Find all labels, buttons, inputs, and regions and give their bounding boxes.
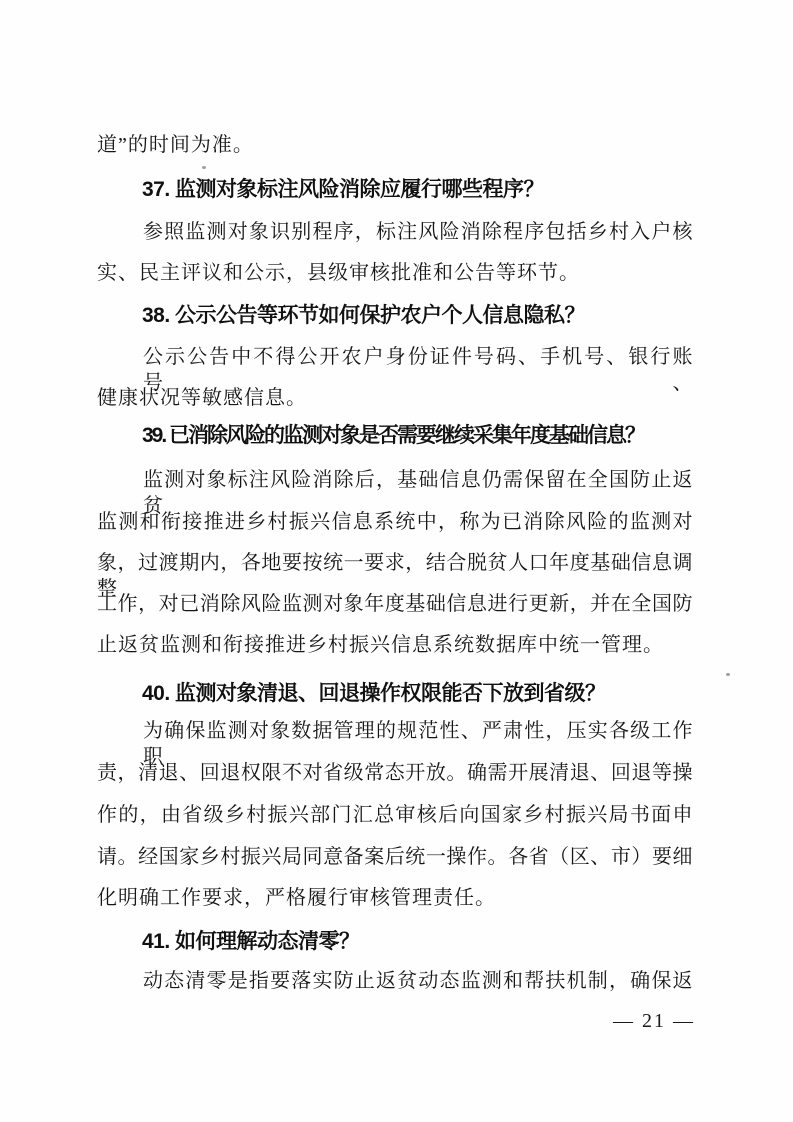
carryover-paragraph-line: 道”的时间为准。 xyxy=(97,132,693,158)
question-40-answer-line: 作的，由省级乡村振兴部门汇总审核后向国家乡村振兴局书面申 xyxy=(97,802,693,828)
question-40-heading: 40. 监测对象清退、回退操作权限能否下放到省级？ xyxy=(142,681,702,706)
page-number: — 21 — xyxy=(613,1010,695,1033)
question-37-answer-line: 参照监测对象识别程序，标注风险消除程序包括乡村入户核 xyxy=(97,219,693,245)
question-39-answer-line: 工作，对已消除风险监测对象年度基础信息进行更新，并在全国防 xyxy=(97,591,693,617)
question-39-answer-line: 止返贫监测和衔接推进乡村振兴信息系统数据库中统一管理。 xyxy=(97,632,693,658)
question-41-answer-line: 动态清零是指要落实防止返贫动态监测和帮扶机制，确保返 xyxy=(97,968,693,994)
question-37-answer-line: 实、民主评议和公示，县级审核批准和公告等环节。 xyxy=(97,260,693,286)
question-40-answer-line: 请。经国家乡村振兴局同意备案后统一操作。各省（区、市）要细 xyxy=(97,844,693,870)
scan-speck xyxy=(202,166,206,169)
question-37-heading: 37. 监测对象标注风险消除应履行哪些程序？ xyxy=(142,177,702,202)
question-38-heading: 38. 公示公告等环节如何保护农户个人信息隐私？ xyxy=(142,303,702,328)
question-38-answer-line: 健康状况等敏感信息。 xyxy=(97,385,693,411)
question-39-answer-line: 监测和衔接推进乡村振兴信息系统中，称为已消除风险的监测对 xyxy=(97,509,693,535)
scan-speck xyxy=(726,673,730,676)
question-40-answer-line: 化明确工作要求，严格履行审核管理责任。 xyxy=(97,885,693,911)
question-40-answer-line: 责，清退、回退权限不对省级常态开放。确需开展清退、回退等操 xyxy=(97,760,693,786)
question-41-heading: 41. 如何理解动态清零？ xyxy=(142,929,702,954)
document-page: 道”的时间为准。 37. 监测对象标注风险消除应履行哪些程序？ 参照监测对象识别… xyxy=(0,0,793,1122)
question-39-heading: 39. 已消除风险的监测对象是否需要继续采集年度基础信息？ xyxy=(142,423,702,448)
